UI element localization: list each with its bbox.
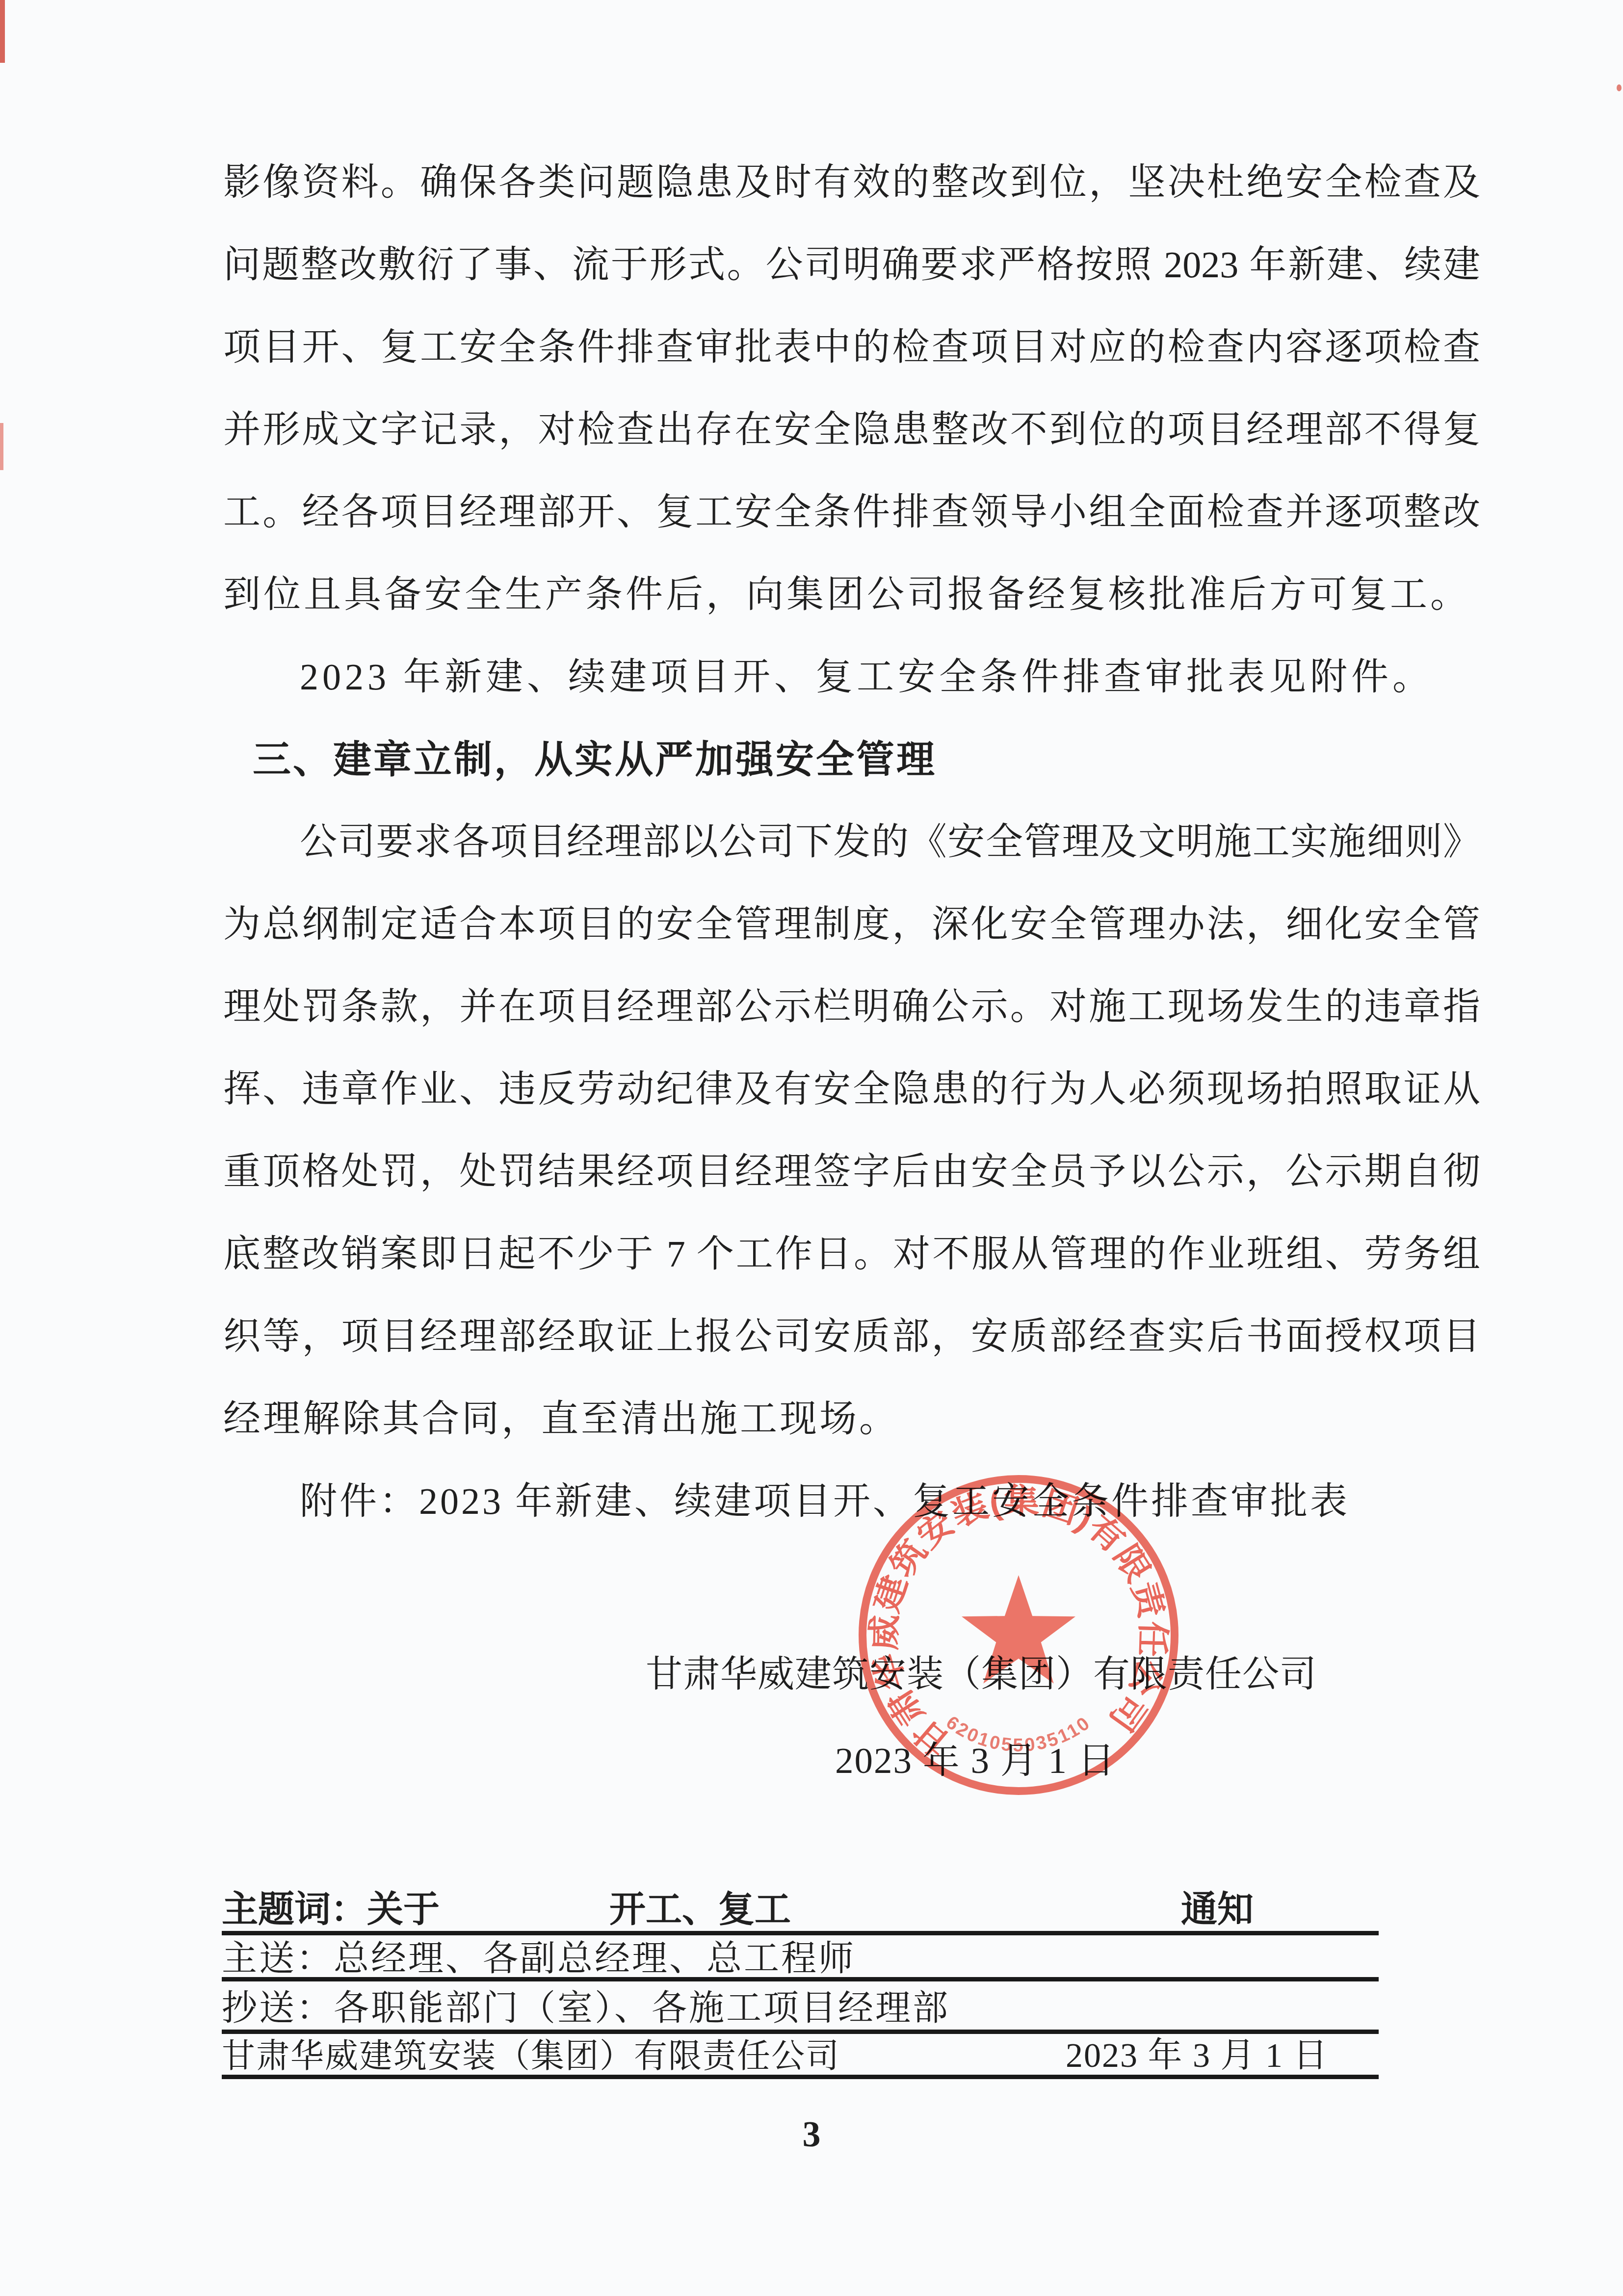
scan-artifact-red-strip (0, 0, 5, 63)
signature-company: 甘肃华威建筑安装（集团）有限责任公司 (646, 1645, 1317, 1697)
keywords-label: 主题词：关于 (222, 1887, 440, 1931)
copy-send-row: 抄送：各职能部门（室）、各施工项目经理部 (222, 1981, 1379, 2034)
body-line: 项目开、复工安全条件排查审批表中的检查项目对应的检查内容逐项检查 (223, 318, 1480, 400)
keywords-row: 主题词：关于 开工、复工 通知 (222, 1887, 1379, 1935)
body-line: 经理解除其合同，直至清出施工现场。 (223, 1390, 1480, 1472)
main-send-row: 主送：总经理、各副总经理、总工程师 (222, 1935, 1379, 1981)
body-line: 公司要求各项目经理部以公司下发的《安全管理及文明施工实施细则》 (223, 813, 1480, 895)
footer-keyword-table: 主题词：关于 开工、复工 通知 主送：总经理、各副总经理、总工程师 抄送：各职能… (222, 1887, 1379, 2079)
scan-artifact-red-dash (0, 423, 3, 470)
body-line: 工。经各项目经理部开、复工安全条件排查领导小组全面检查并逐项整改 (223, 483, 1480, 565)
body-line: 理处罚条款，并在项目经理部公示栏明确公示。对施工现场发生的违章指 (223, 977, 1480, 1060)
scan-artifact-red-dot (1617, 84, 1622, 91)
document-page: 影像资料。确保各类问题隐患及时有效的整改到位，坚决杜绝安全检查及 问题整改敷衍了… (0, 0, 1623, 2296)
page-number: 3 (0, 2114, 1623, 2156)
body-line: 挥、违章作业、违反劳动纪律及有安全隐患的行为人必须现场拍照取证从 (223, 1060, 1480, 1142)
signature-date: 2023 年 3 月 1 日 (835, 1731, 1116, 1784)
section-heading: 三、建章立制，从实从严加强安全管理 (223, 730, 1480, 813)
issuer-row: 甘肃华威建筑安装（集团）有限责任公司 2023 年 3 月 1 日 (222, 2034, 1379, 2079)
body-line: 并形成文字记录，对检查出存在安全隐患整改不到位的项目经理部不得复 (223, 400, 1480, 483)
document-body: 影像资料。确保各类问题隐患及时有效的整改到位，坚决杜绝安全检查及 问题整改敷衍了… (223, 153, 1480, 1555)
body-line: 2023 年新建、续建项目开、复工安全条件排查审批表见附件。 (223, 648, 1480, 730)
attachment-line: 附件：2023 年新建、续建项目开、复工安全条件排查审批表 (223, 1472, 1480, 1555)
body-line: 织等，项目经理部经取证上报公司安质部，安质部经查实后书面授权项目 (223, 1307, 1480, 1390)
body-line: 影像资料。确保各类问题隐患及时有效的整改到位，坚决杜绝安全检查及 (223, 153, 1480, 236)
keywords-right: 通知 (1181, 1887, 1254, 1931)
body-line: 重顶格处罚，处罚结果经项目经理签字后由安全员予以公示，公示期自彻 (223, 1142, 1480, 1225)
keywords-middle: 开工、复工 (609, 1887, 791, 1931)
body-line: 为总纲制定适合本项目的安全管理制度，深化安全管理办法，细化安全管 (223, 895, 1480, 977)
body-line: 到位且具备安全生产条件后，向集团公司报备经复核批准后方可复工。 (223, 565, 1480, 648)
body-line: 底整改销案即日起不少于 7 个工作日。对不服从管理的作业班组、劳务组 (223, 1225, 1480, 1307)
issuer-company: 甘肃华威建筑安装（集团）有限责任公司 (222, 2034, 840, 2078)
issue-date: 2023 年 3 月 1 日 (1066, 2034, 1329, 2078)
body-line: 问题整改敷衍了事、流于形式。公司明确要求严格按照 2023 年新建、续建 (223, 236, 1480, 318)
